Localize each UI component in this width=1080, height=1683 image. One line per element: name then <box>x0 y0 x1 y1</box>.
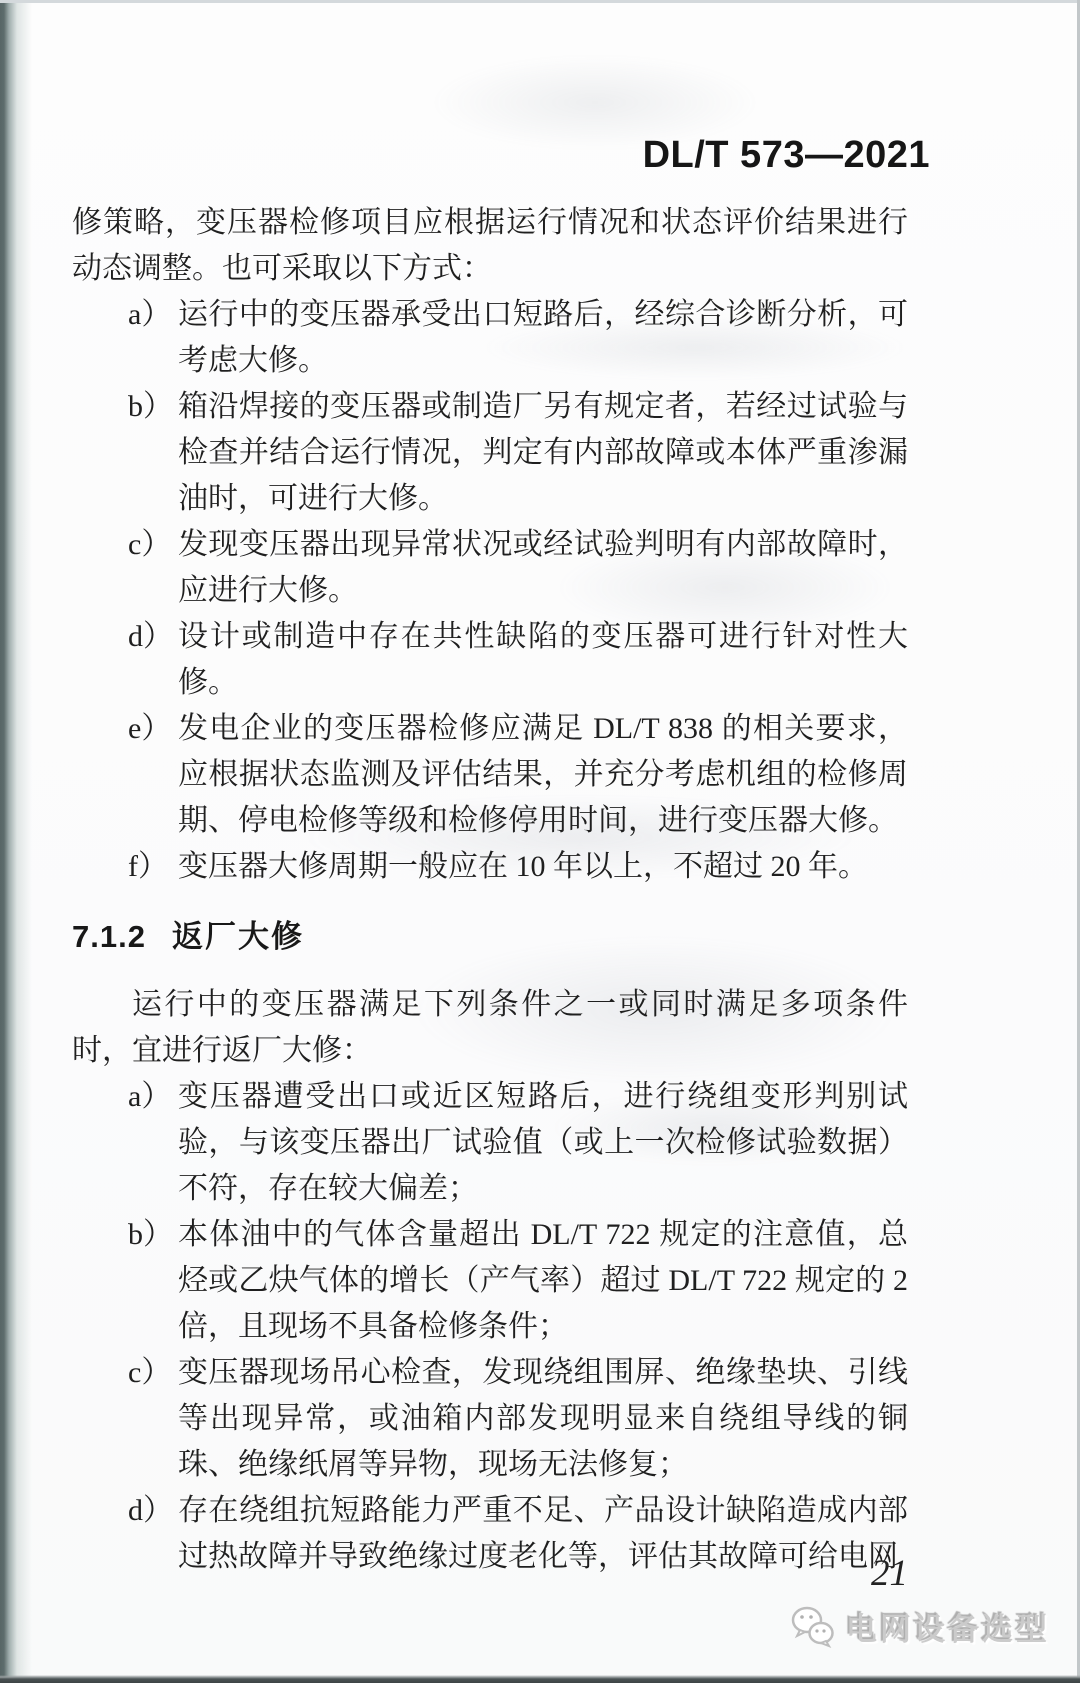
section-number: 7.1.2 <box>72 919 146 954</box>
document-code-header: DL/T 573—2021 <box>0 134 930 177</box>
list-item-label: c） <box>128 522 171 568</box>
page-number: 21 <box>72 1552 908 1595</box>
list-item-a: a） 运行中的变压器承受出口短路后，经综合诊断分析，可考虑大修。 <box>72 292 908 384</box>
list-item-label: b） <box>128 1212 173 1258</box>
list-item-label: f） <box>128 844 168 890</box>
list-item-text: 变压器遭受出口或近区短路后，进行绕组变形判别试验，与该变压器出厂试验值（或上一次… <box>178 1080 908 1205</box>
factory-overhaul-condition-list: a） 变压器遭受出口或近区短路后，进行绕组变形判别试验，与该变压器出厂试验值（或… <box>72 1074 908 1580</box>
section-intro-paragraph: 运行中的变压器满足下列条件之一或同时满足多项条件时，宜进行返厂大修： <box>72 982 908 1074</box>
list-item-f: f） 变压器大修周期一般应在 10 年以上，不超过 20 年。 <box>72 844 908 890</box>
list-item-text: 运行中的变压器承受出口短路后，经综合诊断分析，可考虑大修。 <box>178 298 908 377</box>
list-item-a: a） 变压器遭受出口或近区短路后，进行绕组变形判别试验，与该变压器出厂试验值（或… <box>72 1074 908 1212</box>
watermark: 电网设备选型 <box>790 1604 1050 1649</box>
list-item-text: 发电企业的变压器检修应满足 DL/T 838 的相关要求，应根据状态监测及评估结… <box>178 712 908 837</box>
list-item-e: e） 发电企业的变压器检修应满足 DL/T 838 的相关要求，应根据状态监测及… <box>72 706 908 844</box>
scan-edge-top <box>0 0 1080 3</box>
list-item-text: 箱沿焊接的变压器或制造厂另有规定者，若经过试验与检查并结合运行情况，判定有内部故… <box>178 390 908 515</box>
list-item-b: b） 本体油中的气体含量超出 DL/T 722 规定的注意值，总烃或乙炔气体的增… <box>72 1212 908 1350</box>
wechat-icon <box>790 1606 836 1648</box>
section-heading-7-1-2: 7.1.2返厂大修 <box>72 914 908 960</box>
scan-edge-bottom <box>0 1675 1080 1683</box>
list-item-label: c） <box>128 1350 171 1396</box>
watermark-text: 电网设备选型 <box>846 1604 1050 1649</box>
list-item-label: d） <box>128 614 173 660</box>
list-item-c: c） 变压器现场吊心检查，发现绕组围屏、绝缘垫块、引线等出现异常，或油箱内部发现… <box>72 1350 908 1488</box>
list-item-label: d） <box>128 1488 173 1534</box>
list-item-b: b） 箱沿焊接的变压器或制造厂另有规定者，若经过试验与检查并结合运行情况，判定有… <box>72 384 908 522</box>
list-item-label: b） <box>128 384 173 430</box>
list-item-d: d） 设计或制造中存在共性缺陷的变压器可进行针对性大修。 <box>72 614 908 706</box>
list-item-c: c） 发现变压器出现异常状况或经试验判明有内部故障时，应进行大修。 <box>72 522 908 614</box>
list-item-label: e） <box>128 706 171 752</box>
list-item-label: a） <box>128 292 171 338</box>
scan-edge-left <box>0 0 32 1683</box>
list-item-text: 变压器现场吊心检查，发现绕组围屏、绝缘垫块、引线等出现异常，或油箱内部发现明显来… <box>178 1356 908 1481</box>
list-item-text: 发现变压器出现异常状况或经试验判明有内部故障时，应进行大修。 <box>178 528 908 607</box>
list-item-text: 变压器大修周期一般应在 10 年以上，不超过 20 年。 <box>178 850 868 883</box>
list-item-text: 设计或制造中存在共性缺陷的变压器可进行针对性大修。 <box>178 620 908 699</box>
document-page: DL/T 573—2021 修策略，变压器检修项目应根据运行情况和状态评价结果进… <box>0 0 1080 1683</box>
list-item-label: a） <box>128 1074 171 1120</box>
document-body: 修策略，变压器检修项目应根据运行情况和状态评价结果进行动态调整。也可采取以下方式… <box>72 200 908 1580</box>
intro-paragraph: 修策略，变压器检修项目应根据运行情况和状态评价结果进行动态调整。也可采取以下方式… <box>72 200 908 292</box>
overhaul-condition-list: a） 运行中的变压器承受出口短路后，经综合诊断分析，可考虑大修。 b） 箱沿焊接… <box>72 292 908 890</box>
list-item-text: 本体油中的气体含量超出 DL/T 722 规定的注意值，总烃或乙炔气体的增长（产… <box>178 1218 908 1343</box>
section-title: 返厂大修 <box>172 919 304 954</box>
